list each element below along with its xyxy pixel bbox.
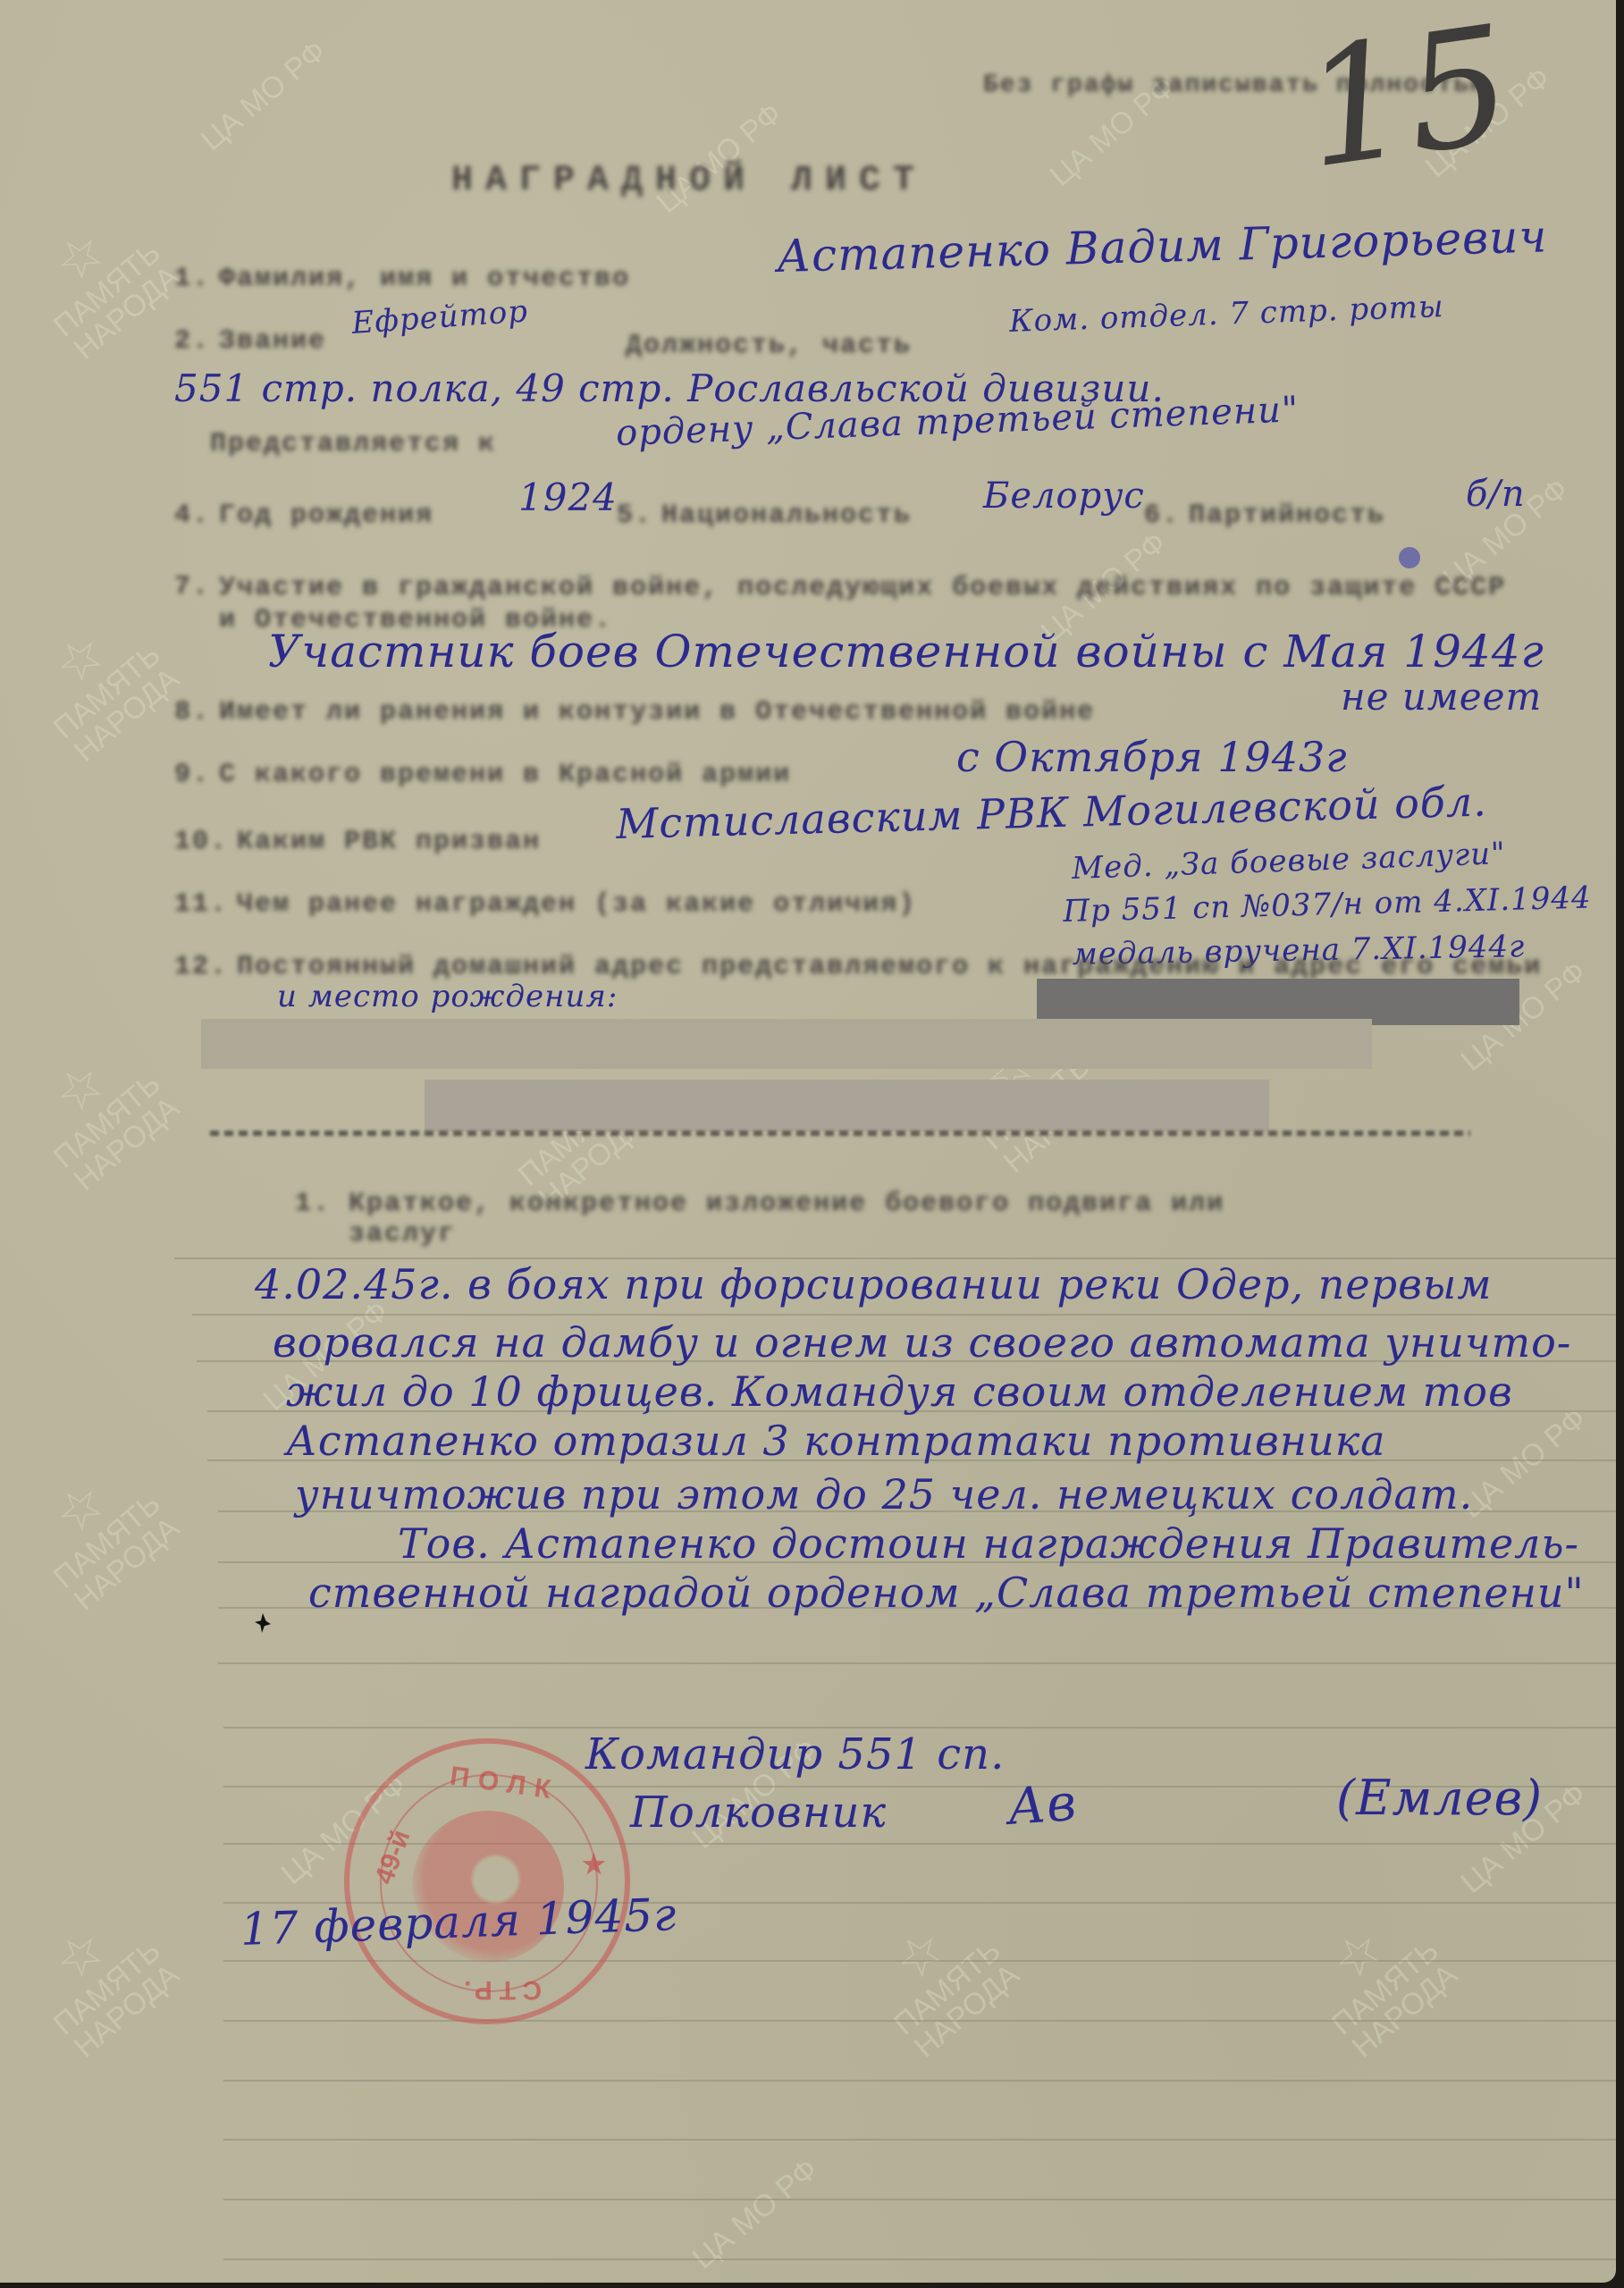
watermark-archive: ЦА МО РФ bbox=[687, 2153, 823, 2274]
section-separator bbox=[210, 1131, 1470, 1136]
commander-name: (Емлев) bbox=[1336, 1770, 1543, 1826]
stamp-star-icon: ★ bbox=[582, 1849, 606, 1880]
redaction-block bbox=[201, 1019, 1372, 1069]
star-icon: ☆ bbox=[854, 1894, 987, 2017]
section-number: 1. bbox=[295, 1189, 331, 1219]
ruled-line bbox=[223, 2259, 1616, 2260]
ruled-line bbox=[192, 1314, 1616, 1316]
star-icon: ☆ bbox=[14, 196, 147, 319]
star-icon: ☆ bbox=[14, 1027, 147, 1150]
watermark-project: ☆ПАМЯТЬНАРОДА bbox=[14, 598, 186, 768]
paper-hole bbox=[255, 1613, 271, 1633]
watermark-project: ☆ПАМЯТЬНАРОДА bbox=[14, 196, 186, 366]
section-label: Краткое, конкретное изложение боевого по… bbox=[349, 1189, 1332, 1249]
feat-line: ственной наградой орденом „Слава третьей… bbox=[308, 1569, 1585, 1617]
field-label: Каким РВК призван bbox=[237, 827, 541, 857]
ruled-line bbox=[223, 2020, 1616, 2022]
field-label: Национальность bbox=[661, 500, 912, 531]
ruled-line bbox=[223, 2080, 1616, 2082]
field-number: 10. bbox=[174, 827, 228, 857]
field-number: 9. bbox=[174, 760, 210, 790]
star-icon: ☆ bbox=[14, 1447, 147, 1570]
feat-line: 4.02.45г. в боях при форсировании реки О… bbox=[255, 1260, 1492, 1308]
redaction-block bbox=[425, 1080, 1269, 1131]
star-icon: ☆ bbox=[1292, 1894, 1425, 2017]
star-icon: ☆ bbox=[14, 598, 147, 721]
feat-line: ворвался на дамбу и огнем из своего авто… bbox=[273, 1318, 1571, 1367]
field-number: 4. bbox=[174, 500, 210, 531]
star-icon: ☆ bbox=[14, 1894, 147, 2017]
field-value: Участник боев Отечественной войны с Мая … bbox=[268, 626, 1544, 677]
field-value: не имеет bbox=[1341, 675, 1542, 719]
ruled-line bbox=[223, 2139, 1616, 2141]
field-label: Год рождения bbox=[219, 500, 433, 531]
field-value-line: Пр 551 сп №037/н от 4.XI.1944 bbox=[1063, 880, 1592, 929]
watermark-project: ☆ПАМЯТЬНАРОДА bbox=[14, 1447, 186, 1617]
feat-line: уничтожив при этом до 25 чел. немецких с… bbox=[295, 1470, 1473, 1518]
ink-blot bbox=[1399, 547, 1420, 568]
field-number: 5. bbox=[617, 500, 652, 531]
field-value: с Октября 1943г bbox=[956, 733, 1348, 781]
field-value: Ефрейтор bbox=[350, 293, 529, 341]
field-value: Белорус bbox=[983, 475, 1145, 517]
field-number: 6. bbox=[1144, 500, 1180, 531]
field-number: 1. bbox=[174, 264, 210, 294]
field-number: 8. bbox=[174, 697, 210, 728]
feat-line: жил до 10 фрицев. Командуя своим отделен… bbox=[286, 1367, 1513, 1416]
watermark-archive: ЦА МО РФ bbox=[196, 35, 332, 156]
field-value: и место рождения: bbox=[277, 979, 618, 1014]
regiment-stamp: ПОЛК 49-й СТР. ★ bbox=[344, 1738, 630, 2024]
field-value: Ком. отдел. 7 стр. роты bbox=[1009, 289, 1445, 340]
ruled-line bbox=[223, 2199, 1616, 2200]
field-label: Партийность bbox=[1189, 500, 1385, 531]
commander-rank: Полковник bbox=[630, 1787, 887, 1838]
watermark-project: ☆ПАМЯТЬНАРОДА bbox=[1292, 1894, 1464, 2064]
field-value: Астапенко Вадим Григорьевич bbox=[776, 210, 1548, 282]
document-title: НАГРАДНОЙ ЛИСТ bbox=[451, 161, 927, 201]
ruled-line bbox=[223, 1727, 1616, 1729]
field-number: 12. bbox=[174, 952, 228, 982]
field-value: 1924 bbox=[518, 475, 618, 519]
field-label: Постоянный домашний адрес представляемог… bbox=[237, 952, 1542, 982]
ruled-line bbox=[174, 1258, 1616, 1259]
watermark-project: ☆ПАМЯТЬНАРОДА bbox=[14, 1894, 186, 2064]
stamp-bottom-text: СТР. bbox=[457, 1974, 542, 2005]
field-value-line: Мед. „За боевые заслуги" bbox=[1072, 836, 1507, 887]
feat-line: Астапенко отразил 3 контратаки противник… bbox=[286, 1417, 1386, 1465]
field-number: 2. bbox=[174, 326, 210, 357]
field-value: б/п bbox=[1466, 474, 1526, 515]
ruled-line bbox=[218, 1662, 1616, 1664]
field-label: Чем ранее награжден (за какие отличия) bbox=[237, 889, 916, 920]
field-label: Имеет ли ранения и контузии в Отечествен… bbox=[219, 697, 1095, 728]
commander-signature: Ав bbox=[1006, 1774, 1078, 1837]
watermark-project: ☆ПАМЯТЬНАРОДА bbox=[14, 1027, 186, 1197]
watermark-project: ☆ПАМЯТЬНАРОДА bbox=[854, 1894, 1026, 2064]
field-label: Представляется к bbox=[210, 429, 496, 459]
feat-line: Тов. Астапенко достоин награждения Прави… bbox=[398, 1519, 1579, 1568]
field-label: С какого времени в Красной армии bbox=[219, 760, 791, 790]
field-number: 11. bbox=[174, 889, 228, 920]
field-number: 7. bbox=[174, 572, 210, 602]
field-label: Должность, часть bbox=[626, 331, 912, 361]
commander-position: Командир 551 сп. bbox=[585, 1729, 1005, 1779]
award-sheet-document: ЦА МО РФ ЦА МО РФ ЦА МО РФ ЦА МО РФ ☆ПАМ… bbox=[0, 0, 1616, 2283]
watermark-archive: ЦА МО РФ bbox=[1456, 1402, 1592, 1523]
field-label: Фамилия, имя и отчество bbox=[219, 264, 630, 294]
field-label: Звание bbox=[219, 326, 326, 357]
pencil-mark: 15 bbox=[1295, 4, 1520, 192]
